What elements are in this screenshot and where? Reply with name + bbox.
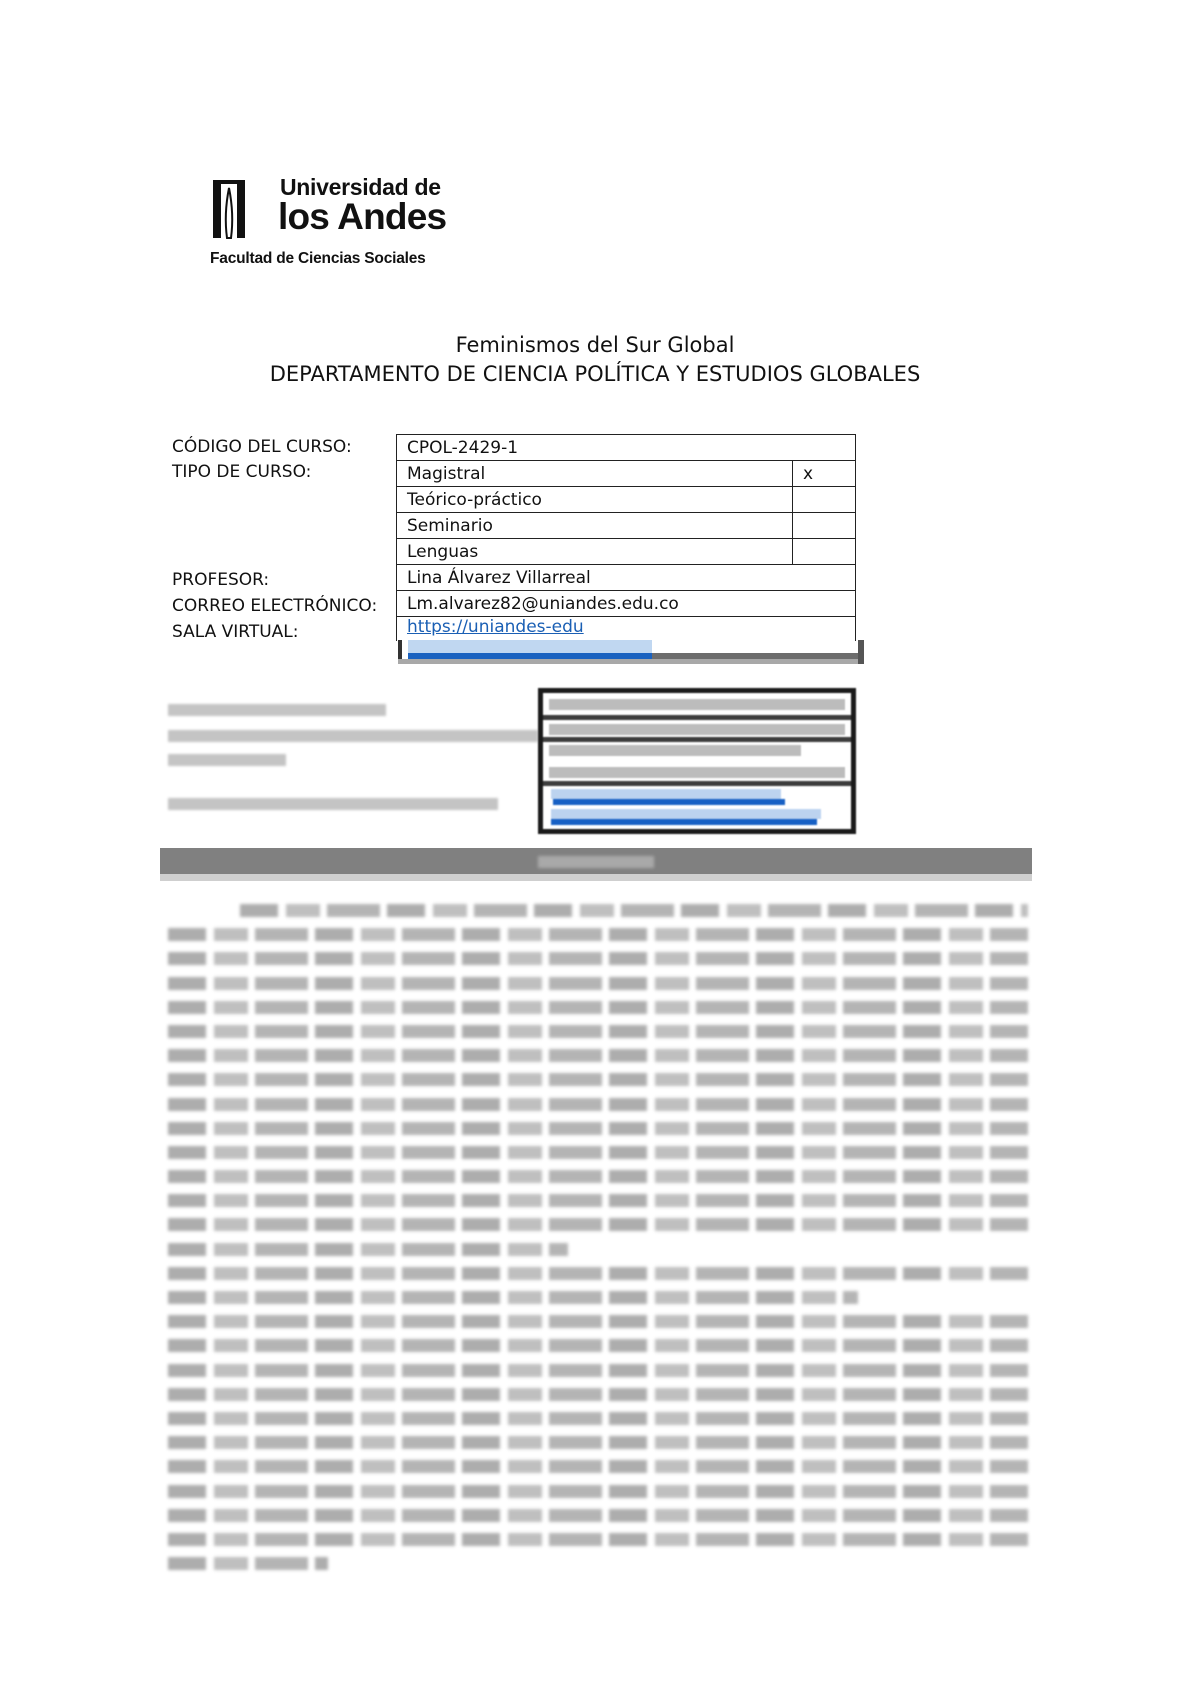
course-type-row: Magistral x: [397, 461, 856, 487]
course-type-row: Teórico-práctico: [397, 487, 856, 513]
label-course-code: CÓDIGO DEL CURSO:: [172, 437, 352, 457]
label-virtual-room: SALA VIRTUAL:: [172, 622, 299, 642]
email-value: Lm.alvarez82@uniandes.edu.co: [397, 591, 856, 617]
course-info-table: CPOL-2429-1 Magistral x Teórico-práctico…: [396, 434, 856, 641]
redacted-description-paragraph: [168, 904, 1028, 1581]
redacted-label: [168, 704, 386, 716]
course-type-row: Lenguas: [397, 539, 856, 565]
virtual-room-link[interactable]: https://uniandes-edu: [397, 617, 856, 642]
redacted-section-title: [160, 853, 1032, 872]
section-header-underline: [160, 874, 1032, 881]
course-title: Feminismos del Sur Global: [0, 333, 1190, 357]
redacted-label: [168, 798, 498, 810]
redacted-link-continuation: [398, 640, 864, 666]
course-type-mark: [793, 487, 856, 513]
redacted-label: [168, 730, 538, 742]
course-type-label: Lenguas: [397, 539, 793, 565]
label-professor: PROFESOR:: [172, 570, 269, 590]
course-code-value: CPOL-2429-1: [397, 435, 856, 461]
department-title: DEPARTAMENTO DE CIENCIA POLÍTICA Y ESTUD…: [0, 362, 1190, 386]
label-email: CORREO ELECTRÓNICO:: [172, 596, 377, 616]
redacted-label: [168, 754, 286, 766]
logo-faculty: Facultad de Ciencias Sociales: [210, 250, 426, 268]
course-type-mark: [793, 513, 856, 539]
course-type-label: Seminario: [397, 513, 793, 539]
university-shield-icon: [210, 178, 248, 242]
redacted-schedule-table: [538, 688, 856, 834]
professor-value: Lina Álvarez Villarreal: [397, 565, 856, 591]
section-header-bar: [160, 848, 1032, 874]
course-type-row: Seminario: [397, 513, 856, 539]
university-logo: Universidad de los Andes Facultad de Cie…: [210, 174, 460, 274]
course-type-mark: x: [793, 461, 856, 487]
course-type-label: Magistral: [397, 461, 793, 487]
course-type-label: Teórico-práctico: [397, 487, 793, 513]
course-type-mark: [793, 539, 856, 565]
label-course-type: TIPO DE CURSO:: [172, 462, 311, 482]
logo-line-2: los Andes: [278, 196, 446, 238]
